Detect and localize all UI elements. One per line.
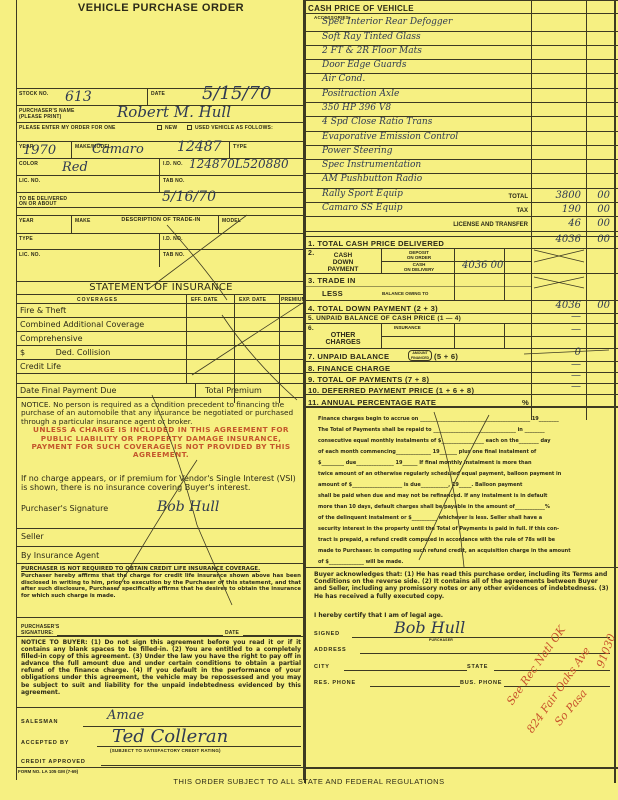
line-8-value[interactable]: —: [536, 359, 581, 370]
line-3-row: 3. TRADE IN LESS BALANCE OWING TO: [304, 273, 618, 300]
trade-in-row-3: LIC. NO. TAB NO.: [17, 249, 305, 266]
total-value[interactable]: 3800: [536, 190, 581, 201]
coverage-fire-theft: Fire & Theft: [17, 303, 305, 317]
accessory-item: Positraction Axle: [322, 89, 399, 99]
left-bottom-border: [17, 767, 305, 768]
insurance-title: STATEMENT OF INSURANCE: [17, 281, 305, 294]
agent-row: By Insurance Agent: [17, 546, 305, 564]
line-6-value[interactable]: —: [536, 324, 581, 335]
accessory-item: AM Pushbutton Radio: [322, 174, 422, 184]
accessory-item: Door Edge Guards: [322, 60, 407, 70]
buyer-signature[interactable]: Bob Hull: [394, 618, 465, 637]
coverage-credit-life: Credit Life: [17, 359, 305, 373]
year-value[interactable]: 1970: [23, 143, 56, 158]
coverage-comprehensive: Comprehensive: [17, 331, 305, 345]
insurance-header-row: COVERAGES EFF. DATE EXP. DATE PREMIUM: [17, 294, 305, 303]
new-checkbox[interactable]: [157, 125, 162, 130]
address-label: ADDRESS: [314, 647, 347, 653]
color-id-row: COLOR Red I.D. NO. 124870L520880: [17, 158, 305, 175]
purchaser-label-2: (PLEASE PRINT): [19, 114, 62, 120]
salesman-signature[interactable]: Amae: [107, 708, 144, 723]
divider: [17, 707, 305, 708]
trade-type-label: TYPE: [19, 236, 33, 242]
city-label: CITY: [314, 664, 330, 670]
less-label: LESS: [322, 289, 343, 298]
bus-phone-label: BUS. PHONE: [460, 680, 502, 686]
sig-date-label: DATE: [225, 630, 239, 636]
trade-id-label: I.D. NO.: [163, 236, 183, 242]
purchaser-caption: PURCHASER: [429, 638, 453, 642]
line-5-label: 5. UNPAID BALANCE OF CASH PRICE (1 — 4): [308, 315, 461, 322]
terms-line: of the delinquent instalment or $_______…: [318, 513, 608, 524]
line-10-row: 10. DEFERRED PAYMENT PRICE (1 + 6 + 8) —: [304, 383, 618, 394]
line-10-value[interactable]: —: [536, 381, 581, 392]
id-no-value[interactable]: 124870L520880: [189, 157, 289, 171]
model-value[interactable]: 12487: [177, 139, 222, 155]
accessory-item: Evaporative Emission Control: [322, 132, 458, 142]
agent-label: By Insurance Agent: [21, 551, 99, 560]
terms-line: shall be paid when due and may not be re…: [318, 491, 608, 502]
line-4-label: 4. TOTAL DOWN PAYMENT (2 + 3): [308, 304, 438, 313]
buyer-acknowledgement: Buyer acknowledges that: (1) He has read…: [314, 571, 610, 600]
new-label: NEW: [165, 125, 177, 131]
form-title: VEHICLE PURCHASE ORDER: [17, 2, 305, 14]
terms-line: Finance charges begin to accrue on _____…: [318, 414, 608, 425]
terms-line: The Total of Payments shall be repaid to…: [318, 425, 608, 436]
insurance-notice: NOTICE. No person is required as a condi…: [21, 401, 301, 460]
vsi-notice: If no charge appears, or if premium for …: [21, 474, 301, 492]
accepted-by-label: ACCEPTED BY: [21, 740, 69, 746]
tax-cents[interactable]: 00: [590, 204, 610, 215]
terms-line: consecutive equal monthly instalments of…: [318, 436, 608, 447]
final-payment-row: Date Final Payment Due Total Premium: [17, 383, 305, 398]
total-label: TOTAL: [454, 194, 528, 200]
license-label: LICENSE AND TRANSFER: [404, 222, 528, 228]
financed-label: FINANCED: [411, 356, 429, 360]
seller-row: Seller: [17, 528, 305, 546]
id-no-label: I.D. NO.: [163, 161, 183, 167]
state-label: STATE: [467, 664, 488, 670]
lic-tab-row: LIC. NO. TAB NO.: [17, 175, 305, 192]
date-label: DATE: [151, 91, 165, 97]
cash-label: CASH: [318, 252, 368, 259]
cash-price-title: CASH PRICE OF VEHICLE: [308, 4, 414, 13]
trade-year-label: YEAR: [19, 218, 34, 224]
purchaser-sig-row: PURCHASER'S SIGNATURE: DATE: [17, 617, 305, 637]
terms-line: amount of $____________________ is due__…: [318, 480, 608, 491]
credit-life-heading: PURCHASER IS NOT REQUIRED TO OBTAIN CRED…: [21, 566, 301, 573]
license-cents[interactable]: 00: [590, 218, 610, 229]
terms-line: made to Purchaser. In computing such ref…: [318, 546, 608, 557]
line-2-row: 2. CASH DOWN PAYMENT DEPOSIT ON ORDER CA…: [304, 248, 618, 273]
terms-line: twice amount of an otherwise regularly s…: [318, 469, 608, 480]
purchaser-name-value[interactable]: Robert M. Hull: [117, 103, 231, 121]
line-6-row: 6. OTHER CHARGES INSURANCE —: [304, 323, 618, 348]
accessory-item: Spec Instrumentation: [322, 160, 421, 170]
trade-lic-label: LIC. NO.: [19, 252, 40, 258]
final-payment-label: Date Final Payment Due: [20, 386, 116, 395]
enter-order-label: PLEASE ENTER MY ORDER FOR ONE: [19, 125, 116, 131]
order-type-row: PLEASE ENTER MY ORDER FOR ONE NEW USED V…: [17, 122, 305, 131]
terms-line: more than 10 days, default charges shall…: [318, 502, 608, 513]
notice-text: NOTICE. No person is required as a condi…: [21, 400, 293, 426]
accessory-item: 4 Spd Close Ratio Trans: [322, 117, 432, 127]
line-5-row: 5. UNPAID BALANCE OF CASH PRICE (1 — 4) …: [304, 313, 618, 323]
coverage-combined: Combined Additional Coverage: [17, 317, 305, 331]
used-checkbox[interactable]: [187, 125, 192, 130]
apr-percent: %: [522, 398, 529, 407]
purchaser-sig-label-2: SIGNATURE:: [21, 630, 54, 636]
cash-delivery-label-2: ON DELIVERY: [384, 267, 454, 272]
trade-make-label: MAKE: [75, 218, 91, 224]
accessory-item: Power Steering: [322, 146, 392, 156]
amount-label: AMOUNT: [412, 351, 427, 355]
purchaser-row: PURCHASER'S NAME (PLEASE PRINT) Robert M…: [17, 105, 305, 122]
trade-in-row-2: TYPE I.D. NO.: [17, 233, 305, 249]
insurance-charge-label: INSURANCE: [394, 325, 421, 330]
tax-value[interactable]: 190: [536, 204, 581, 215]
terms-line: security interest in the property until …: [318, 524, 608, 535]
line-9-value[interactable]: —: [536, 370, 581, 381]
notice-red-text: UNLESS A CHARGE IS INCLUDED IN THIS AGRE…: [21, 426, 301, 460]
accessory-item: Spec Interior Rear Defogger: [322, 17, 452, 27]
line-3-label: 3. TRADE IN: [308, 276, 356, 285]
line-6-num: 6.: [308, 325, 314, 332]
insurance-purchaser-signature[interactable]: Bob Hull: [157, 499, 219, 515]
deliver-date-value[interactable]: 5/16/70: [162, 189, 216, 205]
charges-label: CHARGES: [308, 339, 378, 346]
left-panel: VEHICLE PURCHASE ORDER STOCK NO. 613 DAT…: [16, 0, 304, 780]
total-cents[interactable]: 00: [590, 190, 610, 201]
trade-in-header: DESCRIPTION OF TRADE-IN: [17, 207, 305, 215]
credit-life-text: Purchaser hereby affirms that the charge…: [21, 573, 301, 599]
other-label: OTHER: [308, 332, 378, 339]
finance-terms: Finance charges begin to accrue on _____…: [318, 414, 608, 568]
accessory-item: 350 HP 396 V8: [322, 103, 391, 113]
vehicle-row: YEAR 1970 MAKE/MODEL Camaro 12487 TYPE: [17, 141, 305, 158]
stock-no-value[interactable]: 613: [65, 89, 92, 105]
coverage-blank: [17, 373, 305, 383]
accessory-item: Rally Sport Equip: [322, 189, 403, 199]
right-panel: CASH PRICE OF VEHICLE ACCESSORIES: Spec …: [304, 0, 618, 783]
tax-label: TAX: [454, 208, 528, 214]
line-1-cents[interactable]: 00: [590, 234, 610, 245]
tab-no-label: TAB NO.: [163, 178, 185, 184]
stock-no-label: STOCK NO.: [19, 91, 49, 97]
trade-tab-label: TAB NO.: [163, 252, 185, 258]
accepted-by-signature[interactable]: Ted Colleran: [112, 726, 228, 747]
line-11-row: 11. ANNUAL PERCENTAGE RATE %: [304, 394, 618, 407]
res-phone-label: RES. PHONE: [314, 680, 356, 686]
form-number: FORM NO. LA 105 GM (7-69): [18, 769, 78, 774]
accessory-item: Camaro SS Equip: [322, 203, 403, 213]
line-7-suffix: (5 + 6): [434, 352, 458, 361]
down-label: DOWN: [308, 259, 378, 266]
lic-no-label: LIC. NO.: [19, 178, 40, 184]
signed-label: SIGNED: [314, 631, 340, 637]
license-value[interactable]: 46: [536, 218, 581, 229]
line-11-label: 11. ANNUAL PERCENTAGE RATE: [308, 398, 436, 407]
deposit-label-2: ON ORDER: [384, 255, 454, 260]
terms-line: of each month commencing______________ 1…: [318, 447, 608, 458]
line-5-value[interactable]: —: [536, 311, 581, 322]
regulations-footer: THIS ORDER SUBJECT TO ALL STATE AND FEDE…: [0, 777, 618, 786]
color-label: COLOR: [19, 161, 38, 167]
type-label: TYPE: [233, 144, 247, 150]
cash-delivery-value[interactable]: 4036 00: [462, 260, 503, 271]
trade-model-label: MODEL: [222, 218, 241, 224]
line-7-label: 7. UNPAID BALANCE: [308, 352, 389, 361]
credit-note: (SUBJECT TO SATISFACTORY CREDIT RATING): [110, 748, 221, 753]
coverage-collision: $ Ded. Collision: [17, 345, 305, 359]
delivery-row: TO BE DELIVERED ON OR ABOUT 5/16/70: [17, 192, 305, 207]
payment-label: PAYMENT: [308, 266, 378, 273]
terms-line: $_________ due_______________ 19______ I…: [318, 458, 608, 469]
amount-financed-badge: AMOUNTFINANCED: [408, 350, 432, 361]
accessory-item: Air Cond.: [322, 74, 365, 84]
line-7-value[interactable]: 0: [536, 347, 581, 358]
credit-approved-label: CREDIT APPROVED: [21, 759, 86, 765]
balance-owing-label: BALANCE OWING TO: [382, 291, 428, 296]
salesman-label: SALESMAN: [21, 719, 58, 725]
trade-in-row-1: YEAR MAKE MODEL: [17, 215, 305, 233]
used-label: USED VEHICLE AS FOLLOWS:: [195, 125, 273, 131]
line-1-label: 1. TOTAL CASH PRICE DELIVERED: [308, 239, 444, 248]
line-4-cents[interactable]: 00: [590, 300, 610, 311]
line-1-value[interactable]: 4036: [536, 234, 581, 245]
total-premium-label: Total Premium: [205, 384, 262, 397]
accessory-item: Soft Ray Tinted Glass: [322, 32, 421, 42]
line-4-value[interactable]: 4036: [536, 300, 581, 311]
notice-to-buyer: NOTICE TO BUYER: (1) Do not sign this ag…: [21, 639, 301, 696]
make-value[interactable]: Camaro: [92, 142, 144, 157]
seller-label: Seller: [21, 532, 44, 541]
line-2-num: 2.: [308, 250, 314, 257]
color-value[interactable]: Red: [62, 160, 88, 175]
accessory-item: 2 FT & 2R Floor Mats: [322, 46, 422, 56]
date-value[interactable]: 5/15/70: [202, 83, 271, 104]
line-1-row: 1. TOTAL CASH PRICE DELIVERED 4036 00: [304, 236, 618, 248]
terms-line: tract is prepaid, a refund credit comput…: [318, 535, 608, 546]
